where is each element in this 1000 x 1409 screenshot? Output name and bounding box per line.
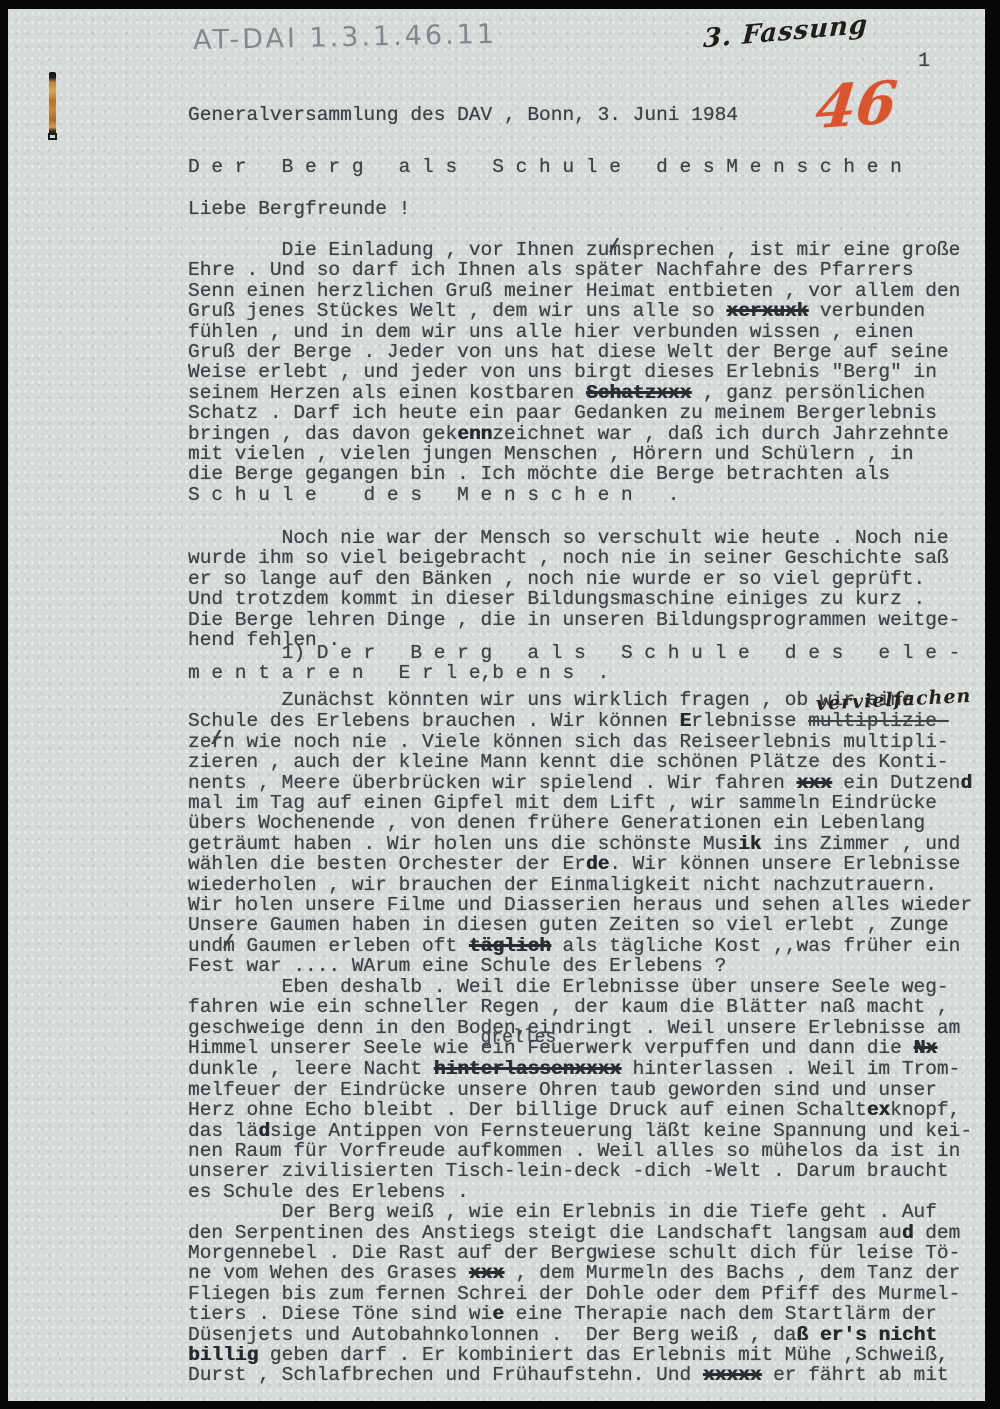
typed-line: den Serpentinen des Anstiegs steigt die … — [188, 1223, 972, 1243]
typed-line: Noch nie war der Mensch so verschult wie… — [188, 528, 960, 548]
typed-line: nents , Meere überbrücken wir spielend .… — [188, 773, 972, 793]
typed-line: Wir holen unsere Filme und Diasserien he… — [188, 895, 972, 915]
typed-line: Durst , Schlafbrechen und Frühaufstehn. … — [188, 1365, 972, 1385]
typed-line: es Schule des Erlebens . — [188, 1182, 972, 1202]
typed-line: Düsenjets und Autobahnkolonnen . Der Ber… — [188, 1325, 972, 1345]
typed-line: geschweige denn in den Boden,eindringt .… — [188, 1018, 972, 1038]
typed-line: Gruß der Berge . Jeder von uns hat diese… — [188, 342, 960, 362]
typed-line: Ehre . Und so darf ich Ihnen als später … — [188, 260, 960, 280]
typed-line: Unsere Gaumen haben in diesen guten Zeit… — [188, 915, 972, 935]
page-number: 1 — [918, 52, 930, 72]
typed-line: Schule des Erlebens brauchen . Wir könne… — [188, 710, 972, 731]
typed-line: mal im Tag auf einen Gipfel mit dem Lift… — [188, 793, 972, 813]
document-page: AT-DAI 1.3.1.46.11 3. Fassung 1 46 Gener… — [8, 9, 985, 1401]
typed-line: zern wie noch nie . Viele können sich da… — [188, 732, 972, 752]
date-line: Generalversammlung des DAV , Bonn, 3. Ju… — [188, 105, 738, 125]
typed-line: fahren wie ein schneller Regen , der kau… — [188, 997, 972, 1017]
typed-line: die Berge gegangen bin . Ich möchte die … — [188, 464, 960, 484]
typed-line: S c h u l e d e s M e n s c h e n . — [188, 485, 960, 505]
typed-line: Schatz . Darf ich heute ein paar Gedanke… — [188, 403, 960, 423]
typed-line: ne vom Wehen des Grases xxx , dem Murmel… — [188, 1263, 972, 1283]
typed-line: tiers . Diese Töne sind wie eine Therapi… — [188, 1304, 972, 1324]
typed-line: dunkle , leere Nacht hinterlassenxxxx hi… — [188, 1059, 972, 1079]
typed-line: wiederholen , wir brauchen der Einmaligk… — [188, 875, 972, 895]
typed-line: Himmel unserer Seele wie grellesein Feue… — [188, 1038, 972, 1059]
typed-line: undm Gaumen erleben oft täglich als tägl… — [188, 936, 972, 956]
typed-line: m e n t a r e n E r l e,b e n s . — [188, 663, 960, 683]
typed-line: Senn einen herzlichen Gruß meiner Heimat… — [188, 281, 960, 301]
typed-line: melfeuer der Eindrücke unsere Ohren taub… — [188, 1080, 972, 1100]
typed-line: das lädsige Antippen von Fernsteuerung l… — [188, 1121, 972, 1141]
typed-line: unserer zivilisierten Tisch-lein-deck -d… — [188, 1161, 972, 1181]
typed-line: Die Berge lehren Dinge , die in unseren … — [188, 610, 960, 630]
typed-line: Gruß jenes Stückes Welt , dem wir uns al… — [188, 301, 960, 321]
section-heading-1: 1) D e r B e r g a l s S c h u l e d e s… — [188, 643, 960, 684]
paragraph-verschult: Noch nie war der Mensch so verschult wie… — [188, 528, 960, 650]
typed-line: Fliegen bis zum fernen Schrei der Dohle … — [188, 1284, 972, 1304]
typed-line: übers Wochenende , von denen frühere Gen… — [188, 813, 972, 833]
version-note-annotation: 3. Fassung — [703, 10, 869, 55]
typed-line: seinem Herzen als einen kostbaren Schatz… — [188, 383, 960, 403]
paragraph-introduction: Die Einladung , vor Ihnen zumsprechen , … — [188, 240, 960, 505]
typed-line: 1) D e r B e r g a l s S c h u l e d e s… — [188, 643, 960, 663]
archive-code-annotation: AT-DAI 1.3.1.46.11 — [193, 19, 498, 56]
typed-line: Liebe Bergfreunde ! — [188, 199, 410, 219]
typed-line: wählen die besten Orchester der Erde. Wi… — [188, 854, 972, 874]
typed-line: Fest war .... WArum eine Schule des Erle… — [188, 956, 972, 976]
document-title: D e r B e r g a l s S c h u l e d e s M … — [188, 157, 902, 177]
typed-line: mit vielen , vielen jungen Menschen , Hö… — [188, 444, 960, 464]
folio-number-annotation: 46 — [812, 68, 900, 142]
typed-line: D e r B e r g a l s S c h u l e d e s M … — [188, 157, 902, 177]
typed-line: fühlen , und in dem wir uns alle hier ve… — [188, 322, 960, 342]
typed-line: Und trotzdem kommt in dieser Bildungsmas… — [188, 589, 960, 609]
typed-line: nen Raum für Vorfreude aufkommen . Weil … — [188, 1141, 972, 1161]
paragraph-erlebens: Zunächst könnten wir uns wirklich fragen… — [188, 690, 972, 1386]
staple-mark — [49, 72, 56, 136]
typed-line: geträumt haben . Wir holen uns die schön… — [188, 834, 972, 854]
typed-line: billig geben darf . Er kombiniert das Er… — [188, 1345, 972, 1365]
typed-line: Morgennebel . Die Rast auf der Bergwiese… — [188, 1243, 972, 1263]
typed-line: bringen , das davon gekennzeichnet war ,… — [188, 424, 960, 444]
salutation-line: Liebe Bergfreunde ! — [188, 199, 410, 219]
typed-line: wurde ihm so viel beigebracht , noch nie… — [188, 548, 960, 568]
typed-line: Der Berg weiß , wie ein Erlebnis in die … — [188, 1202, 972, 1222]
typed-line: Die Einladung , vor Ihnen zumsprechen , … — [188, 240, 960, 260]
typed-line: Herz ohne Echo bleibt . Der billige Druc… — [188, 1100, 972, 1120]
typed-line: zieren , auch der kleine Mann kennt die … — [188, 752, 972, 772]
typed-line: Eben deshalb . Weil die Erlebnisse über … — [188, 977, 972, 997]
typed-line: Generalversammlung des DAV , Bonn, 3. Ju… — [188, 105, 738, 125]
typed-line: Weise erlebt , und jeder von uns birgt d… — [188, 362, 960, 382]
typed-line: er so lange auf den Bänken , noch nie wu… — [188, 569, 960, 589]
